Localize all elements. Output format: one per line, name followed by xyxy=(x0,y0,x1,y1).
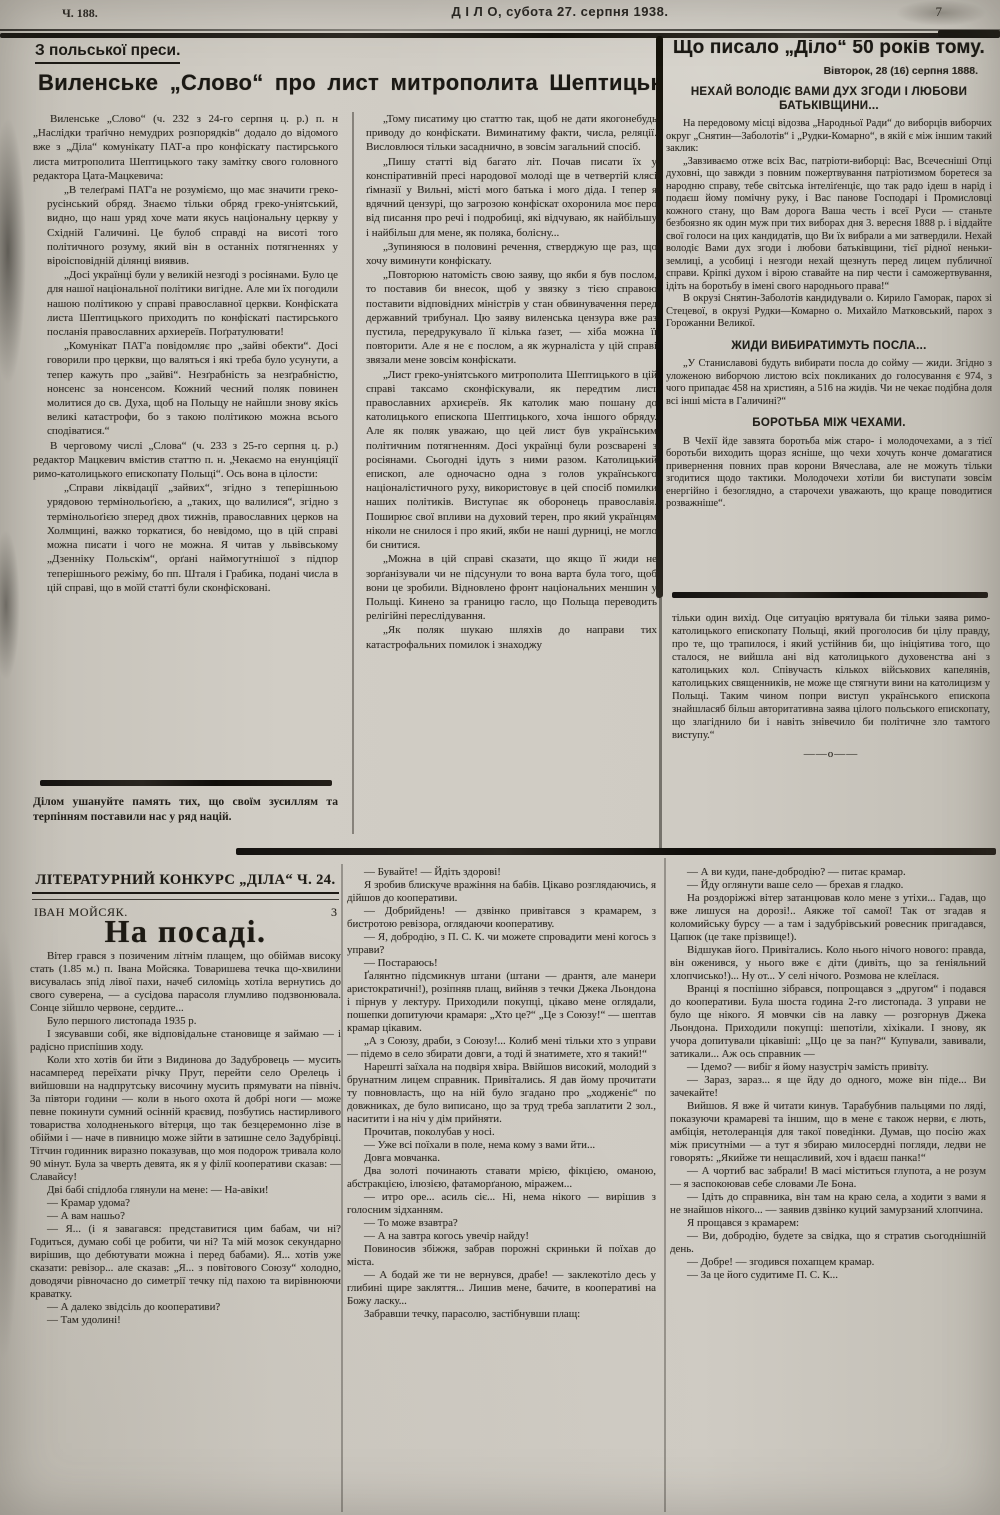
newspaper-page: Ч. 188. Д І Л О, субота 27. серпня 1938.… xyxy=(0,0,1000,1515)
page-vignette xyxy=(0,0,1000,1515)
